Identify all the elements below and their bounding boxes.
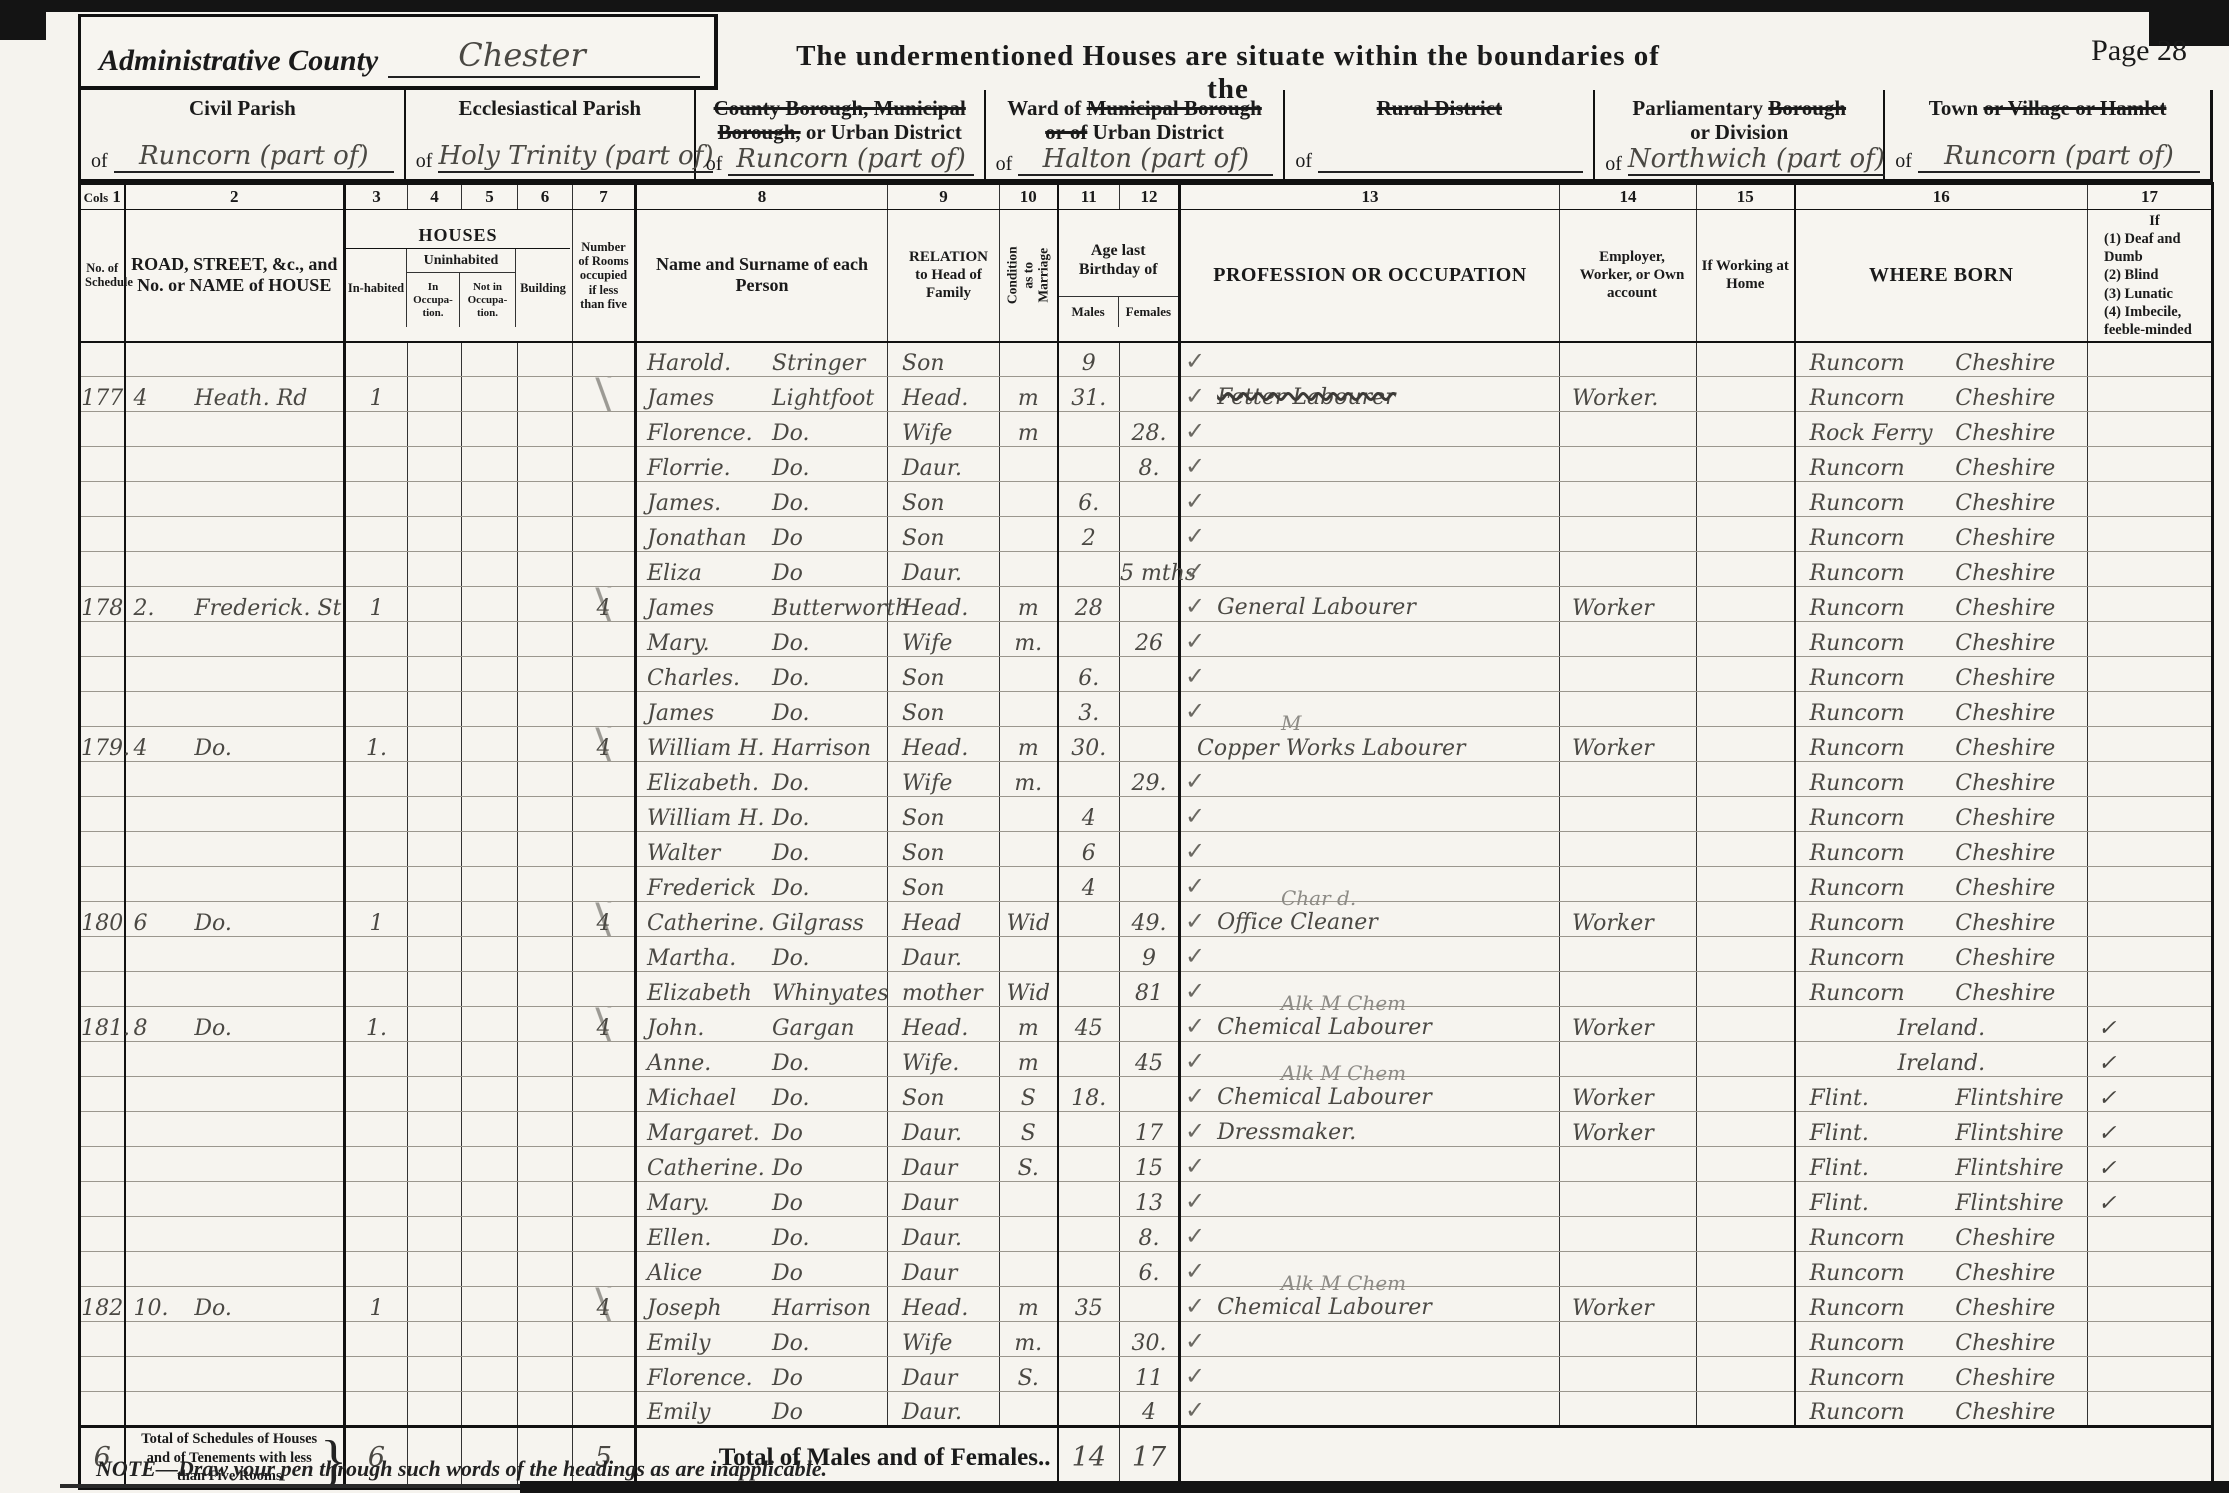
address-cell: [125, 342, 345, 377]
col-number-4: 4: [408, 184, 462, 210]
infirmity-header: If (1) Deaf and Dumb (2) Blind (3) Lunat…: [2088, 210, 2213, 342]
occupation-cell: ✓Chemical LabourerAlk M Chem: [1180, 1287, 1560, 1322]
inhabited-cell: [345, 1357, 408, 1392]
born-county: Cheshire: [1955, 701, 2055, 726]
employer-cell: [1560, 937, 1697, 972]
building-cell: [518, 342, 573, 377]
surname: Butterworth: [772, 596, 909, 621]
working-at-home-cell: [1697, 1287, 1795, 1322]
born-place: Runcorn: [1796, 596, 1956, 621]
given-name: Florrie.: [637, 456, 772, 481]
relation-cell: Daur: [888, 1357, 1000, 1392]
uninhabited-not-in-occupation-cell: [462, 1287, 518, 1322]
column-headers: Cols 1 2 3 4 5 6 7 8 9 10 11 12 13 14 15…: [80, 184, 2213, 342]
building-cell: [518, 1392, 573, 1427]
age-female-cell: 8.: [1120, 447, 1180, 482]
surname: Gargan: [772, 1016, 855, 1041]
rooms-cell: [573, 1252, 636, 1287]
district-value: Runcorn (part of): [728, 144, 973, 176]
rooms-cell: [573, 657, 636, 692]
surname: Do: [772, 1121, 803, 1146]
inhabited-cell: [345, 447, 408, 482]
pencil-annotation: Char d.: [1281, 886, 1356, 910]
employer-cell: [1560, 622, 1697, 657]
name-cell: John.Gargan: [636, 1007, 888, 1042]
employer-cell: Worker: [1560, 902, 1697, 937]
surname: Do: [772, 1191, 803, 1216]
age-male-cell: [1058, 1042, 1120, 1077]
relation-cell: Wife.: [888, 1042, 1000, 1077]
working-at-home-cell: [1697, 1322, 1795, 1357]
inhabited-cell: [345, 342, 408, 377]
condition-cell: [1000, 867, 1058, 902]
address-cell: [125, 517, 345, 552]
born-place: Runcorn: [1796, 631, 1956, 656]
schedule-cell: [80, 1147, 125, 1182]
person-row: 1774Heath. Rd1JamesLightfootHead.m31.✓Fe…: [80, 377, 2213, 412]
condition-cell: [1000, 1217, 1058, 1252]
relation-header: RELATION to Head of Family: [888, 210, 1000, 342]
person-row: JonathanDoSon2✓RuncornCheshire: [80, 517, 2213, 552]
age-female-cell: 45: [1120, 1042, 1180, 1077]
employer-cell: [1560, 657, 1697, 692]
enumerator-tick: ✓: [1185, 664, 1205, 690]
address-cell: [125, 1392, 345, 1427]
uninhabited-in-occupation-cell: [408, 1007, 462, 1042]
enumerator-tick: ✓: [1185, 1224, 1205, 1250]
uninhabited-in-occupation-cell: [408, 832, 462, 867]
district-value: Holy Trinity (part of): [438, 141, 713, 173]
inhabited-cell: [345, 622, 408, 657]
address-cell: [125, 1217, 345, 1252]
employer-cell: [1560, 692, 1697, 727]
occupation-cell: ✓: [1180, 692, 1560, 727]
working-at-home-cell: [1697, 657, 1795, 692]
born-place: Runcorn: [1796, 561, 1956, 586]
street-name: Heath. Rd: [194, 386, 307, 411]
age-female-cell: [1120, 587, 1180, 622]
inhabited-cell: [345, 1252, 408, 1287]
born-place: Runcorn: [1796, 1226, 1956, 1251]
condition-cell: [1000, 447, 1058, 482]
condition-cell: m.: [1000, 762, 1058, 797]
relation-cell: Wife: [888, 762, 1000, 797]
where-born-cell: RuncornCheshire: [1795, 377, 2088, 412]
where-born-cell: RuncornCheshire: [1795, 1392, 2088, 1427]
born-county: Flintshire: [1955, 1156, 2063, 1181]
working-at-home-cell: [1697, 412, 1795, 447]
building-cell: [518, 1217, 573, 1252]
employer-cell: [1560, 867, 1697, 902]
street-name: Do.: [194, 911, 232, 936]
where-born-cell: RuncornCheshire: [1795, 727, 2088, 762]
surname: Do.: [772, 841, 810, 866]
rooms-cell: 4: [573, 587, 636, 622]
age-female-cell: 26: [1120, 622, 1180, 657]
inhabited-cell: [345, 1077, 408, 1112]
born-place: Ireland.: [1897, 1016, 1985, 1041]
occupation-cell: ✓: [1180, 937, 1560, 972]
where-born-cell: Flint.Flintshire: [1795, 1112, 2088, 1147]
uninhabited-not-in-occupation-cell: [462, 517, 518, 552]
person-row: Harold.StringerSon9✓RuncornCheshire: [80, 342, 2213, 377]
working-at-home-cell: [1697, 832, 1795, 867]
address-cell: [125, 1322, 345, 1357]
males-header: Males: [1059, 297, 1118, 327]
enumerator-tick: ✓: [1185, 874, 1205, 900]
born-county: Cheshire: [1955, 386, 2055, 411]
rooms-cell: [573, 1182, 636, 1217]
given-name: Mary.: [637, 631, 772, 656]
uninhabited-not-in-occupation-cell: [462, 482, 518, 517]
name-cell: ElizaDo: [636, 552, 888, 587]
schedule-cell: [80, 342, 125, 377]
schedule-cell: [80, 1357, 125, 1392]
where-born-cell: RuncornCheshire: [1795, 902, 2088, 937]
uninhabited-in-occupation-cell: [408, 482, 462, 517]
building-cell: [518, 1007, 573, 1042]
address-cell: [125, 867, 345, 902]
age-male-cell: [1058, 1252, 1120, 1287]
given-name: William H.: [637, 736, 772, 761]
col-number-9: 9: [888, 184, 1000, 210]
born-county: Cheshire: [1955, 1400, 2055, 1425]
inhabited-cell: 1: [345, 377, 408, 412]
infirmity-cell: [2088, 552, 2213, 587]
col-number-3: 3: [345, 184, 408, 210]
occupation-cell: ✓: [1180, 622, 1560, 657]
age-male-cell: [1058, 1217, 1120, 1252]
condition-cell: m: [1000, 727, 1058, 762]
occupation-cell: ✓: [1180, 657, 1560, 692]
relation-cell: Daur.: [888, 1217, 1000, 1252]
occupation-cell: ✓Office CleanerChar d.: [1180, 902, 1560, 937]
person-row: Florence.DoDaurS.11✓RuncornCheshire: [80, 1357, 2213, 1392]
uninhabited-not-in-occupation-cell: [462, 902, 518, 937]
employer-cell: [1560, 482, 1697, 517]
infirmity-cell: [2088, 1252, 2213, 1287]
where-born-cell: RuncornCheshire: [1795, 972, 2088, 1007]
age-male-cell: [1058, 1112, 1120, 1147]
schedule-cell: [80, 1182, 125, 1217]
uninhabited-in-occupation-cell: [408, 1322, 462, 1357]
address-cell: [125, 797, 345, 832]
occupation-cell: ✓: [1180, 832, 1560, 867]
rooms-cell: [573, 1112, 636, 1147]
rooms-cell: [573, 797, 636, 832]
inhabited-cell: [345, 797, 408, 832]
condition-cell: [1000, 1182, 1058, 1217]
given-name: Charles.: [637, 666, 772, 691]
address-cell: [125, 1182, 345, 1217]
age-female-cell: 29.: [1120, 762, 1180, 797]
occupation-cell: ✓: [1180, 552, 1560, 587]
uninhabited-not-in-occupation-cell: [462, 447, 518, 482]
address-cell: [125, 657, 345, 692]
inhabited-cell: 1.: [345, 727, 408, 762]
house-number: 10.: [126, 1296, 195, 1321]
inhabited-cell: [345, 517, 408, 552]
occupation-cell: ✓: [1180, 762, 1560, 797]
footer-note: NOTE—Draw your pen through such words of…: [96, 1456, 827, 1482]
enumerator-tick: ✓: [1185, 1154, 1205, 1180]
born-place: Ireland.: [1897, 1051, 1985, 1076]
working-at-home-cell: [1697, 552, 1795, 587]
age-female-cell: [1120, 377, 1180, 412]
born-place: Runcorn: [1796, 666, 1956, 691]
age-male-cell: [1058, 1357, 1120, 1392]
employer-cell: [1560, 832, 1697, 867]
condition-cell: S.: [1000, 1357, 1058, 1392]
inhabited-cell: [345, 867, 408, 902]
rooms-cell: [573, 1322, 636, 1357]
working-at-home-cell: [1697, 727, 1795, 762]
surname: Do.: [772, 1086, 810, 1111]
uninhabited-in-occupation-cell: [408, 1042, 462, 1077]
age-female-cell: 30.: [1120, 1322, 1180, 1357]
born-county: Cheshire: [1955, 876, 2055, 901]
schedule-cell: [80, 412, 125, 447]
inhabited-cell: [345, 552, 408, 587]
born-county: Cheshire: [1955, 1331, 2055, 1356]
uninhabited-in-occupation-cell: [408, 552, 462, 587]
rooms-cell: [573, 1147, 636, 1182]
relation-cell: Daur.: [888, 1112, 1000, 1147]
condition-cell: m: [1000, 1007, 1058, 1042]
district-value: Runcorn (part of): [114, 141, 394, 173]
road-street-header: ROAD, STREET, &c., and No. or NAME of HO…: [125, 210, 345, 342]
person-row: Florrie.Do.Daur.8.✓RuncornCheshire: [80, 447, 2213, 482]
infirmity-cell: [2088, 517, 2213, 552]
of-word: of: [1295, 150, 1312, 173]
enumerator-tick: ✓: [1185, 944, 1205, 970]
working-at-home-cell: [1697, 867, 1795, 902]
person-row: 18210.Do.14JosephHarrisonHead.m35✓Chemic…: [80, 1287, 2213, 1322]
condition-cell: S: [1000, 1077, 1058, 1112]
address-cell: 10.Do.: [125, 1287, 345, 1322]
employer-header: Employer, Worker, or Own account: [1560, 210, 1697, 342]
uninhabited-in-occupation-cell: [408, 1287, 462, 1322]
employer-cell: [1560, 1182, 1697, 1217]
uninhabited-in-occupation-cell: [408, 937, 462, 972]
schedule-cell: [80, 552, 125, 587]
name-cell: Catherine.Gilgrass: [636, 902, 888, 937]
condition-header: Condition as to Marriage: [1000, 210, 1058, 342]
working-at-home-cell: [1697, 1007, 1795, 1042]
surname: Do.: [772, 1226, 810, 1251]
age-male-cell: [1058, 447, 1120, 482]
where-born-cell: RuncornCheshire: [1795, 622, 2088, 657]
street-name: Frederick. St: [194, 596, 341, 621]
working-at-home-cell: [1697, 1252, 1795, 1287]
district-value: Runcorn (part of): [1918, 141, 2200, 173]
surname: Do: [772, 526, 803, 551]
relation-cell: Wife: [888, 622, 1000, 657]
schedule-cell: [80, 867, 125, 902]
building-cell: [518, 412, 573, 447]
relation-cell: Son: [888, 342, 1000, 377]
street-name: Do.: [194, 1296, 232, 1321]
where-born-cell: RuncornCheshire: [1795, 797, 2088, 832]
col-number-17: 17: [2088, 184, 2213, 210]
age-female-cell: 11: [1120, 1357, 1180, 1392]
working-at-home-cell: [1697, 447, 1795, 482]
name-cell: Mary.Do: [636, 1182, 888, 1217]
building-cell: [518, 762, 573, 797]
address-cell: [125, 692, 345, 727]
working-at-home-cell: [1697, 1077, 1795, 1112]
occupation-cell: ✓: [1180, 1322, 1560, 1357]
enumerator-tick: ✓: [1185, 1049, 1205, 1075]
born-county: Cheshire: [1955, 981, 2055, 1006]
uninhabited-not-in-occupation-cell: [462, 1147, 518, 1182]
infirmity-cell: ✓: [2088, 1147, 2213, 1182]
age-male-cell: 18.: [1058, 1077, 1120, 1112]
building-cell: [518, 377, 573, 412]
born-place: Runcorn: [1796, 1296, 1956, 1321]
district-value: [1318, 141, 1583, 173]
born-county: Cheshire: [1955, 771, 2055, 796]
infirmity-cell: [2088, 342, 2213, 377]
born-county: Cheshire: [1955, 456, 2055, 481]
employer-cell: [1560, 762, 1697, 797]
person-row: ElizabethWhinyatesmotherWid81✓RuncornChe…: [80, 972, 2213, 1007]
census-form-page: Administrative County Chester The underm…: [0, 0, 2229, 1493]
surname: Whinyates: [772, 981, 889, 1006]
person-row: Margaret.DoDaur.S17✓Dressmaker.WorkerFli…: [80, 1112, 2213, 1147]
surname: Do.: [772, 666, 810, 691]
inhabited-cell: [345, 692, 408, 727]
occupation-cell: ✓Chemical LabourerAlk M Chem: [1180, 1077, 1560, 1112]
uninhabited-in-occupation-cell: [408, 797, 462, 832]
occupation-cell: ✓: [1180, 867, 1560, 902]
surname: Harrison: [772, 1296, 871, 1321]
given-name: Catherine.: [637, 1156, 772, 1181]
condition-cell: m: [1000, 377, 1058, 412]
building-cell: [518, 1112, 573, 1147]
age-male-cell: [1058, 1147, 1120, 1182]
occupation-cell: ✓Fetter Labourer: [1180, 377, 1560, 412]
name-cell: Florence.Do.: [636, 412, 888, 447]
given-name: Elizabeth.: [637, 771, 772, 796]
schedule-cell: [80, 447, 125, 482]
employer-cell: [1560, 412, 1697, 447]
enumerator-tick: ✓: [1185, 1329, 1205, 1355]
rooms-cell: [573, 377, 636, 412]
where-born-cell: RuncornCheshire: [1795, 342, 2088, 377]
surname: Do.: [772, 876, 810, 901]
born-county: Cheshire: [1955, 666, 2055, 691]
born-place: Runcorn: [1796, 1331, 1956, 1356]
schedule-cell: [80, 937, 125, 972]
col-number-12: 12: [1120, 184, 1180, 210]
working-at-home-cell: [1697, 692, 1795, 727]
address-cell: [125, 1357, 345, 1392]
relation-cell: Daur: [888, 1147, 1000, 1182]
employer-cell: [1560, 1042, 1697, 1077]
born-county: Cheshire: [1955, 1366, 2055, 1391]
born-county: Cheshire: [1955, 911, 2055, 936]
uninhabited-not-in-occupation-cell: [462, 972, 518, 1007]
person-row: Anne.Do.Wife.m45✓Ireland.✓: [80, 1042, 2213, 1077]
enumerator-tick: ✓: [1185, 1189, 1205, 1215]
inhabited-cell: [345, 1147, 408, 1182]
working-at-home-cell: [1697, 622, 1795, 657]
enumerator-tick: ✓: [1185, 489, 1205, 515]
age-male-cell: 3.: [1058, 692, 1120, 727]
age-female-cell: [1120, 657, 1180, 692]
condition-cell: S: [1000, 1112, 1058, 1147]
infirmity-cell: [2088, 1287, 2213, 1322]
condition-cell: [1000, 937, 1058, 972]
building-cell: [518, 937, 573, 972]
house-number: 4: [126, 386, 195, 411]
born-place: Runcorn: [1796, 736, 1956, 761]
name-cell: JonathanDo: [636, 517, 888, 552]
name-cell: Ellen.Do.: [636, 1217, 888, 1252]
relation-cell: Son: [888, 1077, 1000, 1112]
census-table: Cols 1 2 3 4 5 6 7 8 9 10 11 12 13 14 15…: [78, 182, 2214, 1490]
inhabited-header: In-habited: [346, 249, 406, 327]
employer-cell: Worker: [1560, 1077, 1697, 1112]
given-name: John.: [637, 1016, 772, 1041]
uninhabited-in-occupation-cell: [408, 622, 462, 657]
of-word: of: [1895, 150, 1912, 173]
infirmity-cell: [2088, 762, 2213, 797]
name-cell: James.Do.: [636, 482, 888, 517]
occupation-cell: ✓: [1180, 1147, 1560, 1182]
building-cell: [518, 657, 573, 692]
given-name: Eliza: [637, 561, 772, 586]
occupation-text: Dressmaker.: [1217, 1120, 1356, 1145]
building-cell: [518, 447, 573, 482]
born-place: Runcorn: [1796, 526, 1956, 551]
rooms-cell: [573, 1217, 636, 1252]
uninhabited-in-occupation-cell: [408, 1357, 462, 1392]
condition-cell: [1000, 797, 1058, 832]
col-number-11: 11: [1058, 184, 1120, 210]
person-row: Martha.Do.Daur.9✓RuncornCheshire: [80, 937, 2213, 972]
rooms-cell: [573, 692, 636, 727]
col-number-5: 5: [462, 184, 518, 210]
age-male-cell: 6.: [1058, 482, 1120, 517]
house-number: 6: [126, 911, 195, 936]
enumerator-tick: ✓: [1185, 559, 1205, 585]
address-cell: 4Do.: [125, 727, 345, 762]
condition-cell: m: [1000, 1042, 1058, 1077]
building-cell: [518, 902, 573, 937]
where-born-cell: Ireland.: [1795, 1007, 2088, 1042]
inhabited-cell: 1: [345, 587, 408, 622]
age-female-cell: [1120, 692, 1180, 727]
rooms-cell: 4: [573, 727, 636, 762]
where-born-header: WHERE BORN: [1795, 210, 2088, 342]
uninhabited-in-occupation-cell: [408, 1147, 462, 1182]
infirmity-cell: [2088, 412, 2213, 447]
schedule-cell: [80, 1042, 125, 1077]
name-cell: William H.Do.: [636, 797, 888, 832]
of-word: of: [706, 153, 723, 176]
where-born-cell: Flint.Flintshire: [1795, 1182, 2088, 1217]
rooms-cell: [573, 412, 636, 447]
inhabited-cell: [345, 657, 408, 692]
rooms-cell: [573, 937, 636, 972]
age-male-cell: [1058, 552, 1120, 587]
occupation-cell: ✓: [1180, 1182, 1560, 1217]
condition-cell: [1000, 692, 1058, 727]
employer-cell: Worker: [1560, 727, 1697, 762]
surname: Harrison: [772, 736, 871, 761]
